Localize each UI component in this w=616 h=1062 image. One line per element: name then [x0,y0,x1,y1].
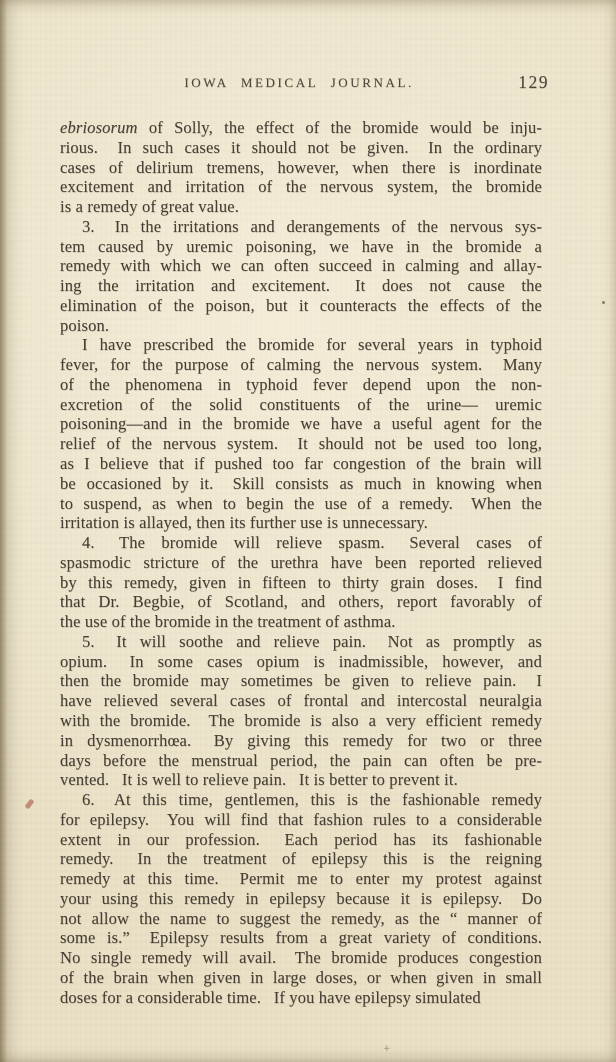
text-line: poison. [60,316,542,336]
running-header: IOWA MEDICAL JOURNAL. 129 [60,72,552,94]
text-line: days before the menstrual period, the pa… [60,751,542,771]
text-line: have relieved several cases of frontal a… [60,691,542,711]
scan-artifact-plus: + [383,1044,391,1054]
text-line: excitement and irritation of the nervous… [60,177,542,197]
text-line: in dysmenorrhœa. By giving this remedy f… [60,731,542,751]
text-line: remedy. In the treatment of epilepsy thi… [60,849,542,869]
text-line: relief of the nervous system. It should … [60,434,542,454]
text-line: cases of delirium tremens, however, when… [60,158,542,178]
text-line: by this remedy, given in fifteen to thir… [60,573,542,593]
text-line: extent in our profession. Each period ha… [60,830,542,850]
page-body: ebriosorum of Solly, the effect of the b… [60,118,542,1007]
text-line: poisoning—and in the bromide we have a u… [60,414,542,434]
text-line: then the bromide may sometimes be given … [60,671,542,691]
text-line: opium. In some cases opium is inadmissib… [60,652,542,672]
text-line: No single remedy will avail. The bromide… [60,948,542,968]
page-number: 129 [518,72,549,93]
text-line: with the bromide. The bromide is also a … [60,711,542,731]
text-line: 6. At this time, gentlemen, this is the … [60,790,542,810]
text-line: 4. The bromide will relieve spasm. Sever… [60,533,542,553]
text-line: irritation is allayed, then its further … [60,513,542,533]
scanned-book-page: IOWA MEDICAL JOURNAL. 129 ebriosorum of … [0,0,616,1062]
text-line: tem caused by uremic poisoning, we have … [60,237,542,257]
text-line: remedy at this time. Permit me to enter … [60,869,542,889]
text-line: the use of the bromide in the treatment … [60,612,542,632]
text-line: 5. It will soothe and relieve pain. Not … [60,632,542,652]
text-line: as I believe that if pushed too far cong… [60,454,542,474]
text-line: of the brain when given in large doses, … [60,968,542,988]
page-gutter-shadow [0,0,7,1062]
text-line: spasmodic stricture of the urethra have … [60,553,542,573]
text-line: remedy with which we can often succeed i… [60,256,542,276]
text-line: doses for a considerable time. If you ha… [60,988,542,1008]
text-line: rious. In such cases it should not be gi… [60,138,542,158]
text-line: some is.” Epilepsy results from a great … [60,928,542,948]
text-line: I have prescribed the bromide for severa… [60,335,542,355]
journal-title: IOWA MEDICAL JOURNAL. [184,75,414,91]
text-line: is a remedy of great value. [60,197,542,217]
text-line: vented. It is well to relieve pain. It i… [60,770,542,790]
text-line: not allow the name to suggest the remedy… [60,909,542,929]
text-line: elimination of the poison, but it counte… [60,296,542,316]
scan-artifact-dot [602,301,605,304]
text-line: that Dr. Begbie, of Scotland, and others… [60,592,542,612]
text-line: excretion of the solid constituents of t… [60,395,542,415]
text-line: ebriosorum of Solly, the effect of the b… [60,118,542,138]
text-line: your using this remedy in epilepsy becau… [60,889,542,909]
text-line: 3. In the irritations and derangements o… [60,217,542,237]
text-line: fever, for the purpose of calming the ne… [60,355,542,375]
text-line: be occasioned by it. Skill consists as m… [60,474,542,494]
italic-word: ebriosorum [60,118,138,137]
text-line: ing the irritation and excitement. It do… [60,276,542,296]
scan-artifact-red-mark [24,799,34,810]
text-line: for epilepsy. You will find that fashion… [60,810,542,830]
text-line: of the phenomena in typhoid fever depend… [60,375,542,395]
text-line: to suspend, as when to begin the use of … [60,494,542,514]
